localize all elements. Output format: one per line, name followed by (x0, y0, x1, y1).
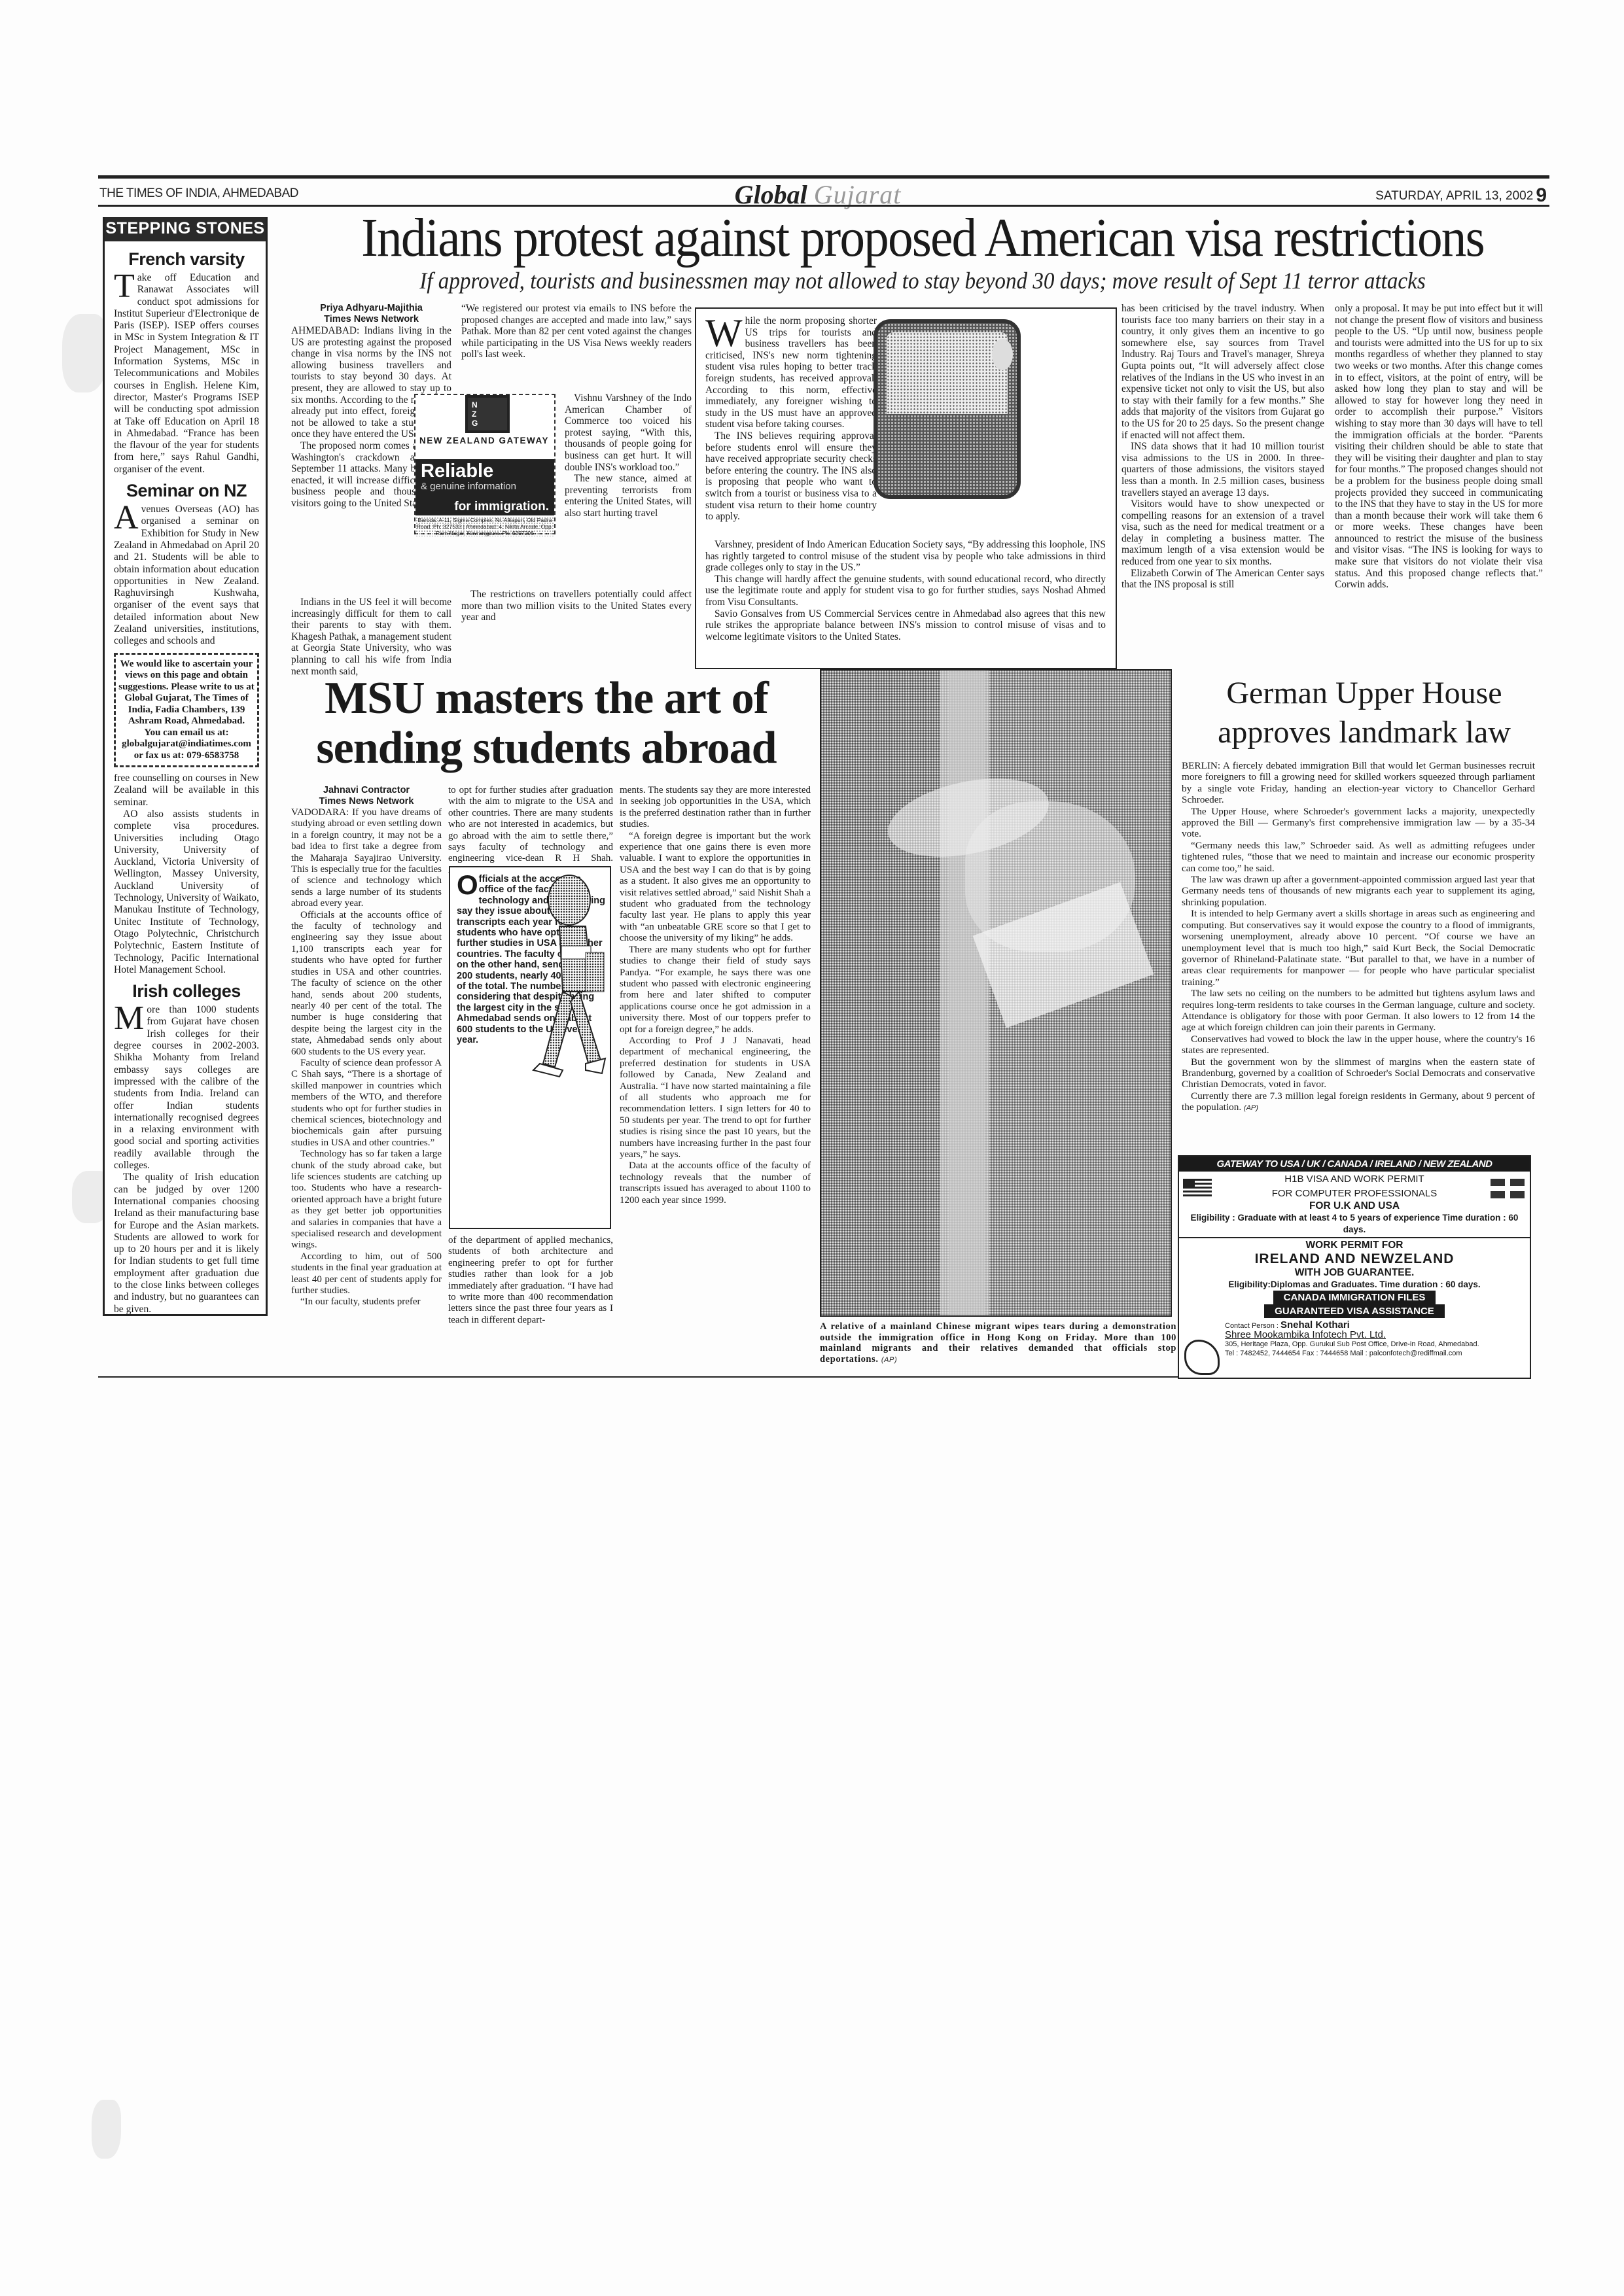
newspaper-name: THE TIMES OF INDIA, AHMEDABAD (99, 186, 298, 201)
feedback-email-link[interactable]: globalgujarat@indiatimes.com (118, 739, 255, 750)
byline-org: Times News Network (291, 314, 451, 325)
feedback-fax: or fax us at: 079-6583758 (118, 750, 255, 762)
stepping-stones-sidebar: STEPPING STONES French varsity Take off … (103, 217, 268, 1316)
illustration-sky (887, 332, 1008, 414)
msu-col-1: Jahnavi Contractor Times News Network VA… (291, 785, 442, 1308)
sidebar-item-body: More than 1000 students from Gujarat hav… (114, 1004, 259, 1315)
photo-credit: (AP) (881, 1356, 897, 1364)
feedback-text: We would like to ascertain your views on… (118, 659, 255, 727)
ad-tagline-small: & genuine information (421, 481, 549, 492)
ad-brand: NEW ZEALAND GATEWAY (419, 436, 553, 445)
ad-tagline-block: Reliable & genuine information (415, 459, 554, 500)
lead-col-3: has been criticised by the travel indust… (1121, 303, 1324, 591)
company-address: 305, Heritage Plaza, Opp. Gurukul Sub Po… (1225, 1340, 1530, 1349)
dropcap: A (114, 505, 139, 531)
ins-box-text-top: While the norm proposing shorter US trip… (705, 315, 877, 523)
ad-eligibility-2: Eligibility:Diplomas and Graduates. Time… (1179, 1279, 1530, 1291)
byline-org: Times News Network (291, 796, 442, 807)
german-credit: (AP) (1244, 1104, 1258, 1112)
uk-flag-icon (1491, 1179, 1525, 1198)
page-number: 9 (1536, 184, 1547, 206)
ad-divider (1179, 1237, 1530, 1238)
msu-col-2-top: to opt for further studies after graduat… (448, 785, 613, 876)
ad-address: Baroda: A-11, Sigma Complex, Nr. Alkapur… (415, 517, 554, 536)
us-flag-icon (1183, 1179, 1212, 1198)
nz-map-logo-icon: NZG (465, 395, 510, 433)
illustration-moon (992, 339, 1013, 370)
dropcap: T (114, 273, 135, 300)
lead-col-1c: Indians in the US feel it will become in… (291, 597, 451, 677)
ad-line-professionals: FOR COMPUTER PROFESSIONALS (1179, 1187, 1530, 1200)
german-body: BERLIN: A fiercely debated immigration B… (1182, 760, 1535, 1115)
sidebar-item-body-cont: free counselling on courses in New Zeala… (114, 773, 259, 976)
ad-assistance: GUARANTEED VISA ASSISTANCE (1264, 1304, 1445, 1318)
photo-pole (949, 670, 985, 1317)
lead-col-2-bottom: The restrictions on travellers potential… (461, 589, 692, 623)
issue-date-block: SATURDAY, APRIL 13, 20029 (1375, 184, 1547, 207)
ad-line-h1b: H1B VISA AND WORK PERMIT (1179, 1173, 1530, 1186)
byline-name: Priya Adhyaru-Majithia (291, 303, 451, 314)
german-headline: German Upper House approves landmark law (1178, 674, 1551, 752)
lead-headline: Indians protest against proposed America… (342, 206, 1504, 270)
ad-guarantee: WITH JOB GUARANTEE. (1179, 1267, 1530, 1279)
ad-eligibility-1: Eligibility : Graduate with at least 4 t… (1179, 1212, 1530, 1236)
ad-canada: CANADA IMMIGRATION FILES (1273, 1291, 1436, 1304)
sidebar-item-title: Seminar on NZ (114, 481, 259, 501)
sidebar-item-body: Take off Education and Ranawat Associate… (114, 272, 259, 476)
dropcap: O (457, 874, 478, 896)
dropcap: M (114, 1005, 144, 1032)
paper-tear (92, 2100, 121, 2159)
issue-date: SATURDAY, APRIL 13, 2002 (1375, 189, 1533, 203)
sidebar-item-body: Avenues Overseas (AO) has organised a se… (114, 504, 259, 648)
company-phone: Tel : 7482452, 7444654 Fax : 7444658 Mai… (1225, 1349, 1530, 1358)
lead-col-2: “We registered our protest via emails to… (461, 303, 692, 360)
feedback-email-label: You can email us at: (118, 727, 255, 739)
msu-headline: MSU masters the art of sending students … (291, 674, 802, 773)
ad-contact: Contact Person : Snehal Kothari Shree Mo… (1179, 1321, 1530, 1358)
photo-caption: A relative of a mainland Chinese migrant… (820, 1321, 1176, 1365)
lead-col-2-side: Vishnu Varshney of the Indo American Cha… (565, 392, 692, 519)
paper-tear (62, 314, 108, 392)
page-bottom-rule (98, 1376, 1178, 1378)
nz-gateway-ad[interactable]: NZG NEW ZEALAND GATEWAY Reliable & genui… (414, 394, 556, 534)
sidebar-item-title: French varsity (114, 249, 259, 270)
statue-of-liberty-illustration (874, 319, 1021, 499)
ad-banner: GATEWAY TO USA / UK / CANADA / IRELAND /… (1179, 1157, 1530, 1172)
walking-student-illustration (523, 874, 609, 1093)
company-name: Shree Mookambika Infotech Pvt. Ltd. (1225, 1331, 1530, 1340)
ad-line-uk-usa: FOR U.K AND USA (1179, 1200, 1530, 1212)
ins-box-text-bottom: Varshney, president of Indo American Edu… (705, 539, 1106, 642)
dropcap: W (705, 317, 743, 349)
masthead-rule-top (98, 175, 1549, 179)
msu-col-3: ments. The students say they are more in… (620, 785, 811, 1206)
lead-subhead: If approved, tourists and businessmen ma… (357, 267, 1489, 294)
ad-tagline-big: Reliable (421, 461, 549, 481)
sidebar-item-title: Irish colleges (114, 981, 259, 1001)
lead-col-4: only a proposal. It may be put into effe… (1335, 303, 1543, 591)
ad-tagline-end: for immigration. (415, 500, 554, 515)
sidebar-header: STEPPING STONES (105, 217, 266, 241)
ad-countries: IRELAND AND NEWZELAND (1179, 1251, 1530, 1267)
msu-col-2-bottom: of the department of applied mechanics, … (448, 1235, 613, 1326)
byline-name: Jahnavi Contractor (291, 785, 442, 796)
visa-assistance-ad[interactable]: GATEWAY TO USA / UK / CANADA / IRELAND /… (1178, 1155, 1531, 1379)
news-photo-migrant-relative (820, 669, 1172, 1317)
feedback-box: We would like to ascertain your views on… (114, 653, 259, 768)
newspaper-page: THE TIMES OF INDIA, AHMEDABAD Global Guj… (0, 0, 1624, 2296)
ad-work-permit: WORK PERMIT FOR (1179, 1240, 1530, 1251)
